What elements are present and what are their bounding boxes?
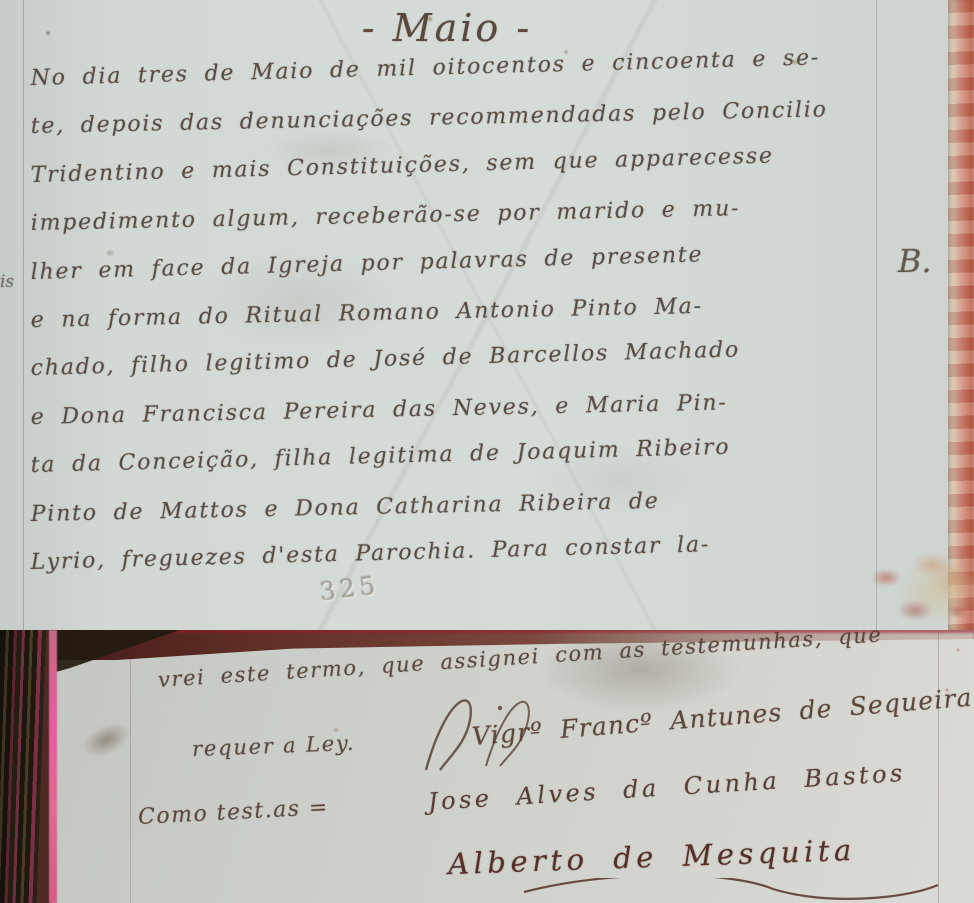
register-page-top: - Maio - No dia tres de Maio de mil oito… <box>0 0 974 630</box>
ink-smudge <box>63 703 149 777</box>
manuscript-scan: - Maio - No dia tres de Maio de mil oito… <box>0 0 974 903</box>
margin-rule-left <box>130 660 131 903</box>
witness-label: Como test.as = <box>137 795 329 830</box>
page-edge-marbling <box>948 0 974 630</box>
margin-rule-left <box>23 0 24 630</box>
binding-marbled-edge <box>0 630 52 903</box>
margin-note-b: B. <box>898 242 932 280</box>
month-heading: - Maio - <box>0 6 894 50</box>
signature-underline-flourish-icon <box>518 878 948 903</box>
signature-witness-2: Alberto de Mesquita <box>448 833 857 881</box>
margin-rule-right <box>938 630 939 903</box>
edge-text-fragment: is <box>0 272 14 292</box>
register-page-bottom: vrei este termo, que assignei com as tes… <box>0 630 974 903</box>
manuscript-line: requer a Ley. <box>192 731 356 761</box>
manuscript-body: No dia tres de Maio de mil oitocentos e … <box>31 66 891 598</box>
